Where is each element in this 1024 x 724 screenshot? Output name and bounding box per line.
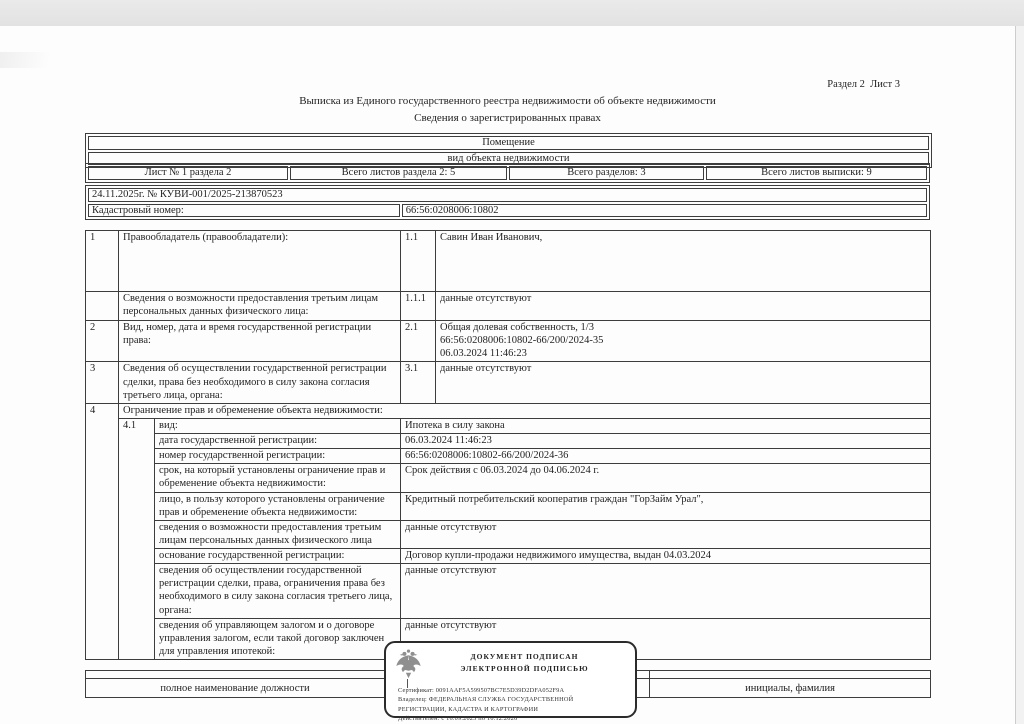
page-edge-line xyxy=(1015,26,1016,724)
object-type-value: Помещение xyxy=(88,136,929,150)
registered-rights-table: 1 Правообладатель (правообладатели): 1.1… xyxy=(85,230,931,660)
row-label: сведения о возможности предоставления тр… xyxy=(155,520,401,548)
table-row: сведения о возможности предоставления тр… xyxy=(86,520,931,548)
table-row: Сведения о возможности предоставления тр… xyxy=(86,292,931,321)
row-value: данные отсутствуют xyxy=(436,362,931,403)
stamp-title-line2: ЭЛЕКТРОННОЙ ПОДПИСЬЮ xyxy=(422,663,627,675)
rosreestr-eagle-icon xyxy=(395,648,422,680)
row-value: 06.03.2024 11:46:23 xyxy=(401,434,931,449)
sheet-number-cell: Лист № 1 раздела 2 xyxy=(88,166,288,180)
row-label: Правообладатель (правообладатели): xyxy=(119,231,401,292)
document-title: Выписка из Единого государственного реес… xyxy=(85,95,930,107)
row-number: 2 xyxy=(86,321,119,362)
row-label: лицо, в пользу которого установлены огра… xyxy=(155,492,401,520)
stamp-title-block: ДОКУМЕНТ ПОДПИСАН ЭЛЕКТРОННОЙ ПОДПИСЬЮ xyxy=(422,648,627,682)
row-value: Ипотека в силу закона xyxy=(401,418,931,433)
row-label: срок, на который установлены ограничение… xyxy=(155,464,401,492)
document-subtitle: Сведения о зарегистрированных правах xyxy=(85,112,930,124)
rightholder-value: Савин Иван Иванович, xyxy=(436,231,931,292)
table-row: 3 Сведения об осуществлении государствен… xyxy=(86,362,931,403)
table-row: 1 Правообладатель (правообладатели): 1.1… xyxy=(86,231,931,292)
row-value: данные отсутствуют xyxy=(401,564,931,619)
row-label: Сведения о возможности предоставления тр… xyxy=(119,292,401,321)
stamp-owner-line1: Владелец: ФЕДЕРАЛЬНАЯ СЛУЖБА ГОСУДАРСТВЕ… xyxy=(398,695,631,704)
section-sheet-label: Раздел 2 Лист 3 xyxy=(827,79,900,90)
stamp-header: ДОКУМЕНТ ПОДПИСАН ЭЛЕКТРОННОЙ ПОДПИСЬЮ xyxy=(386,643,635,682)
section4-header: Ограничение прав и обременение объекта н… xyxy=(119,403,931,418)
row-number: 1 xyxy=(86,231,119,292)
row-value: 66:56:0208006:10802-66/200/2024-36 xyxy=(401,449,931,464)
cadastral-number-label: Кадастровый номер: xyxy=(88,204,400,218)
table-row: сведения об осуществлении государственно… xyxy=(86,564,931,619)
row-value: данные отсутствуют xyxy=(436,292,931,321)
table-row: дата государственной регистрации: 06.03.… xyxy=(86,434,931,449)
row-number-empty xyxy=(86,292,119,321)
row-label: Сведения об осуществлении государственно… xyxy=(119,362,401,403)
row-value: Договор купли-продажи недвижимого имущес… xyxy=(401,549,931,564)
row-label: сведения об управляющем залогом и о дого… xyxy=(155,618,401,659)
row-number: 4 xyxy=(86,403,119,659)
row-subnumber: 1.1.1 xyxy=(401,292,436,321)
row-number: 3 xyxy=(86,362,119,403)
footer-empty-cell xyxy=(86,671,385,679)
row-label: Вид, номер, дата и время государственной… xyxy=(119,321,401,362)
position-title-cell: полное наименование должности xyxy=(86,679,385,698)
stamp-owner-line2: РЕГИСТРАЦИИ, КАДАСТРА И КАРТОГРАФИИ xyxy=(398,705,631,714)
table-row: 4 Ограничение прав и обременение объекта… xyxy=(86,403,931,418)
row-value: Кредитный потребительский кооператив гра… xyxy=(401,492,931,520)
stamp-validity: Действителен: с 16.09.2025 по 10.12.2026 xyxy=(398,714,631,723)
footer-empty-cell xyxy=(650,671,931,679)
row-subnumber: 3.1 xyxy=(401,362,436,403)
request-date-number: 24.11.2025г. № КУВИ-001/2025-213870523 xyxy=(88,188,927,202)
initials-surname-cell: инициалы, фамилия xyxy=(650,679,931,698)
table-row: лицо, в пользу которого установлены огра… xyxy=(86,492,931,520)
scan-background-band xyxy=(0,0,1024,27)
page-edge-shading xyxy=(1016,26,1024,724)
row-subnumber: 2.1 xyxy=(401,321,436,362)
row-label: дата государственной регистрации: xyxy=(155,434,401,449)
table-row: основание государственной регистрации: Д… xyxy=(86,549,931,564)
table-row: 4.1 вид: Ипотека в силу закона xyxy=(86,418,931,433)
section-sheets-cell: Всего листов раздела 2: 5 xyxy=(290,166,507,180)
registration-value: Общая долевая собственность, 1/3 66:56:0… xyxy=(436,321,931,362)
row-subnumber: 4.1 xyxy=(119,418,155,659)
row-value: Срок действия с 06.03.2024 до 04.06.2024… xyxy=(401,464,931,492)
stamp-emblem-connector xyxy=(407,679,408,688)
row-label: вид: xyxy=(155,418,401,433)
stamp-details: Сертификат: 0091AAF5A599507BC7E5D39D2DFA… xyxy=(386,682,635,724)
electronic-signature-stamp: ДОКУМЕНТ ПОДПИСАН ЭЛЕКТРОННОЙ ПОДПИСЬЮ С… xyxy=(384,641,637,718)
table-row: 24.11.2025г. № КУВИ-001/2025-213870523 xyxy=(88,188,927,202)
table-row: 2 Вид, номер, дата и время государственн… xyxy=(86,321,931,362)
page-corner-curl xyxy=(0,52,70,68)
table-row: Кадастровый номер: 66:56:0208006:10802 xyxy=(88,204,927,218)
row-label: основание государственной регистрации: xyxy=(155,549,401,564)
row-subnumber: 1.1 xyxy=(401,231,436,292)
row-label: номер государственной регистрации: xyxy=(155,449,401,464)
table-row: Лист № 1 раздела 2 Всего листов раздела … xyxy=(88,166,927,180)
request-info-table: 24.11.2025г. № КУВИ-001/2025-213870523 К… xyxy=(85,185,930,220)
extract-sheets-cell: Всего листов выписки: 9 xyxy=(706,166,927,180)
stamp-title-line1: ДОКУМЕНТ ПОДПИСАН xyxy=(422,651,627,663)
sheets-summary-table: Лист № 1 раздела 2 Всего листов раздела … xyxy=(85,163,930,183)
table-row: номер государственной регистрации: 66:56… xyxy=(86,449,931,464)
row-value: данные отсутствуют xyxy=(401,520,931,548)
sections-total-cell: Всего разделов: 3 xyxy=(509,166,704,180)
table-row: срок, на который установлены ограничение… xyxy=(86,464,931,492)
cadastral-number-value: 66:56:0208006:10802 xyxy=(402,204,927,218)
stamp-certificate: Сертификат: 0091AAF5A599507BC7E5D39D2DFA… xyxy=(398,686,631,695)
row-label: сведения об осуществлении государственно… xyxy=(155,564,401,619)
table-row: Помещение xyxy=(88,136,929,150)
